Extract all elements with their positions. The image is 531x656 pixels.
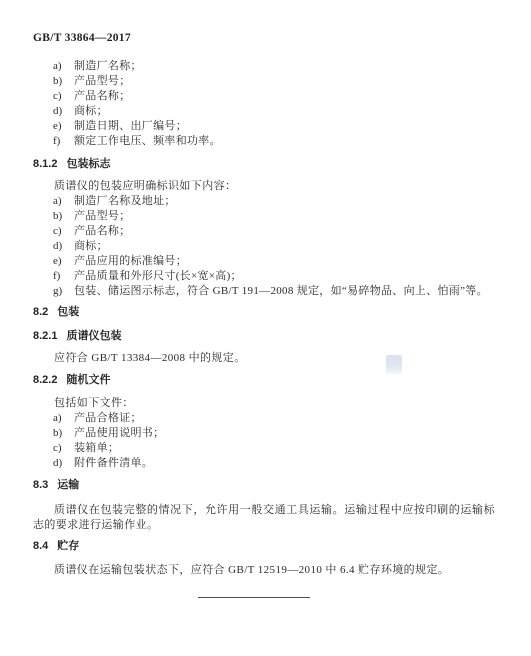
list-item: b) 产品型号； [33, 74, 495, 89]
list-item-text: 商标； [74, 104, 108, 119]
list-item: e) 制造日期、出厂编号； [33, 119, 495, 134]
watermark-blob [386, 355, 402, 374]
list-item-text: 产品质量和外形尺寸(长×宽×高)； [74, 269, 242, 284]
packaging-marking-list: a) 制造厂名称及地址； b) 产品型号； c) 产品名称； d) 商标； e)… [33, 194, 495, 299]
list-item: g) 包装、储运图示标志，符合 GB/T 191—2008 规定，如“易碎物品、… [33, 284, 495, 299]
document-page: GB/T 33864—2017 a) 制造厂名称； b) 产品型号； c) 产品… [0, 0, 531, 656]
list-item-letter: c) [53, 89, 74, 104]
list-item-text: 包装、储运图示标志，符合 GB/T 191—2008 规定，如“易碎物品、向上、… [74, 284, 488, 299]
list-item: e) 产品应用的标准编号； [33, 254, 495, 269]
section-number: 8.2.2 [33, 374, 57, 387]
list-item-letter: a) [53, 194, 74, 209]
document-end-rule [198, 597, 310, 598]
list-item-text: 产品合格证； [74, 411, 142, 426]
list-item: d) 商标； [33, 104, 495, 119]
standard-number-header: GB/T 33864—2017 [33, 32, 495, 45]
list-item-letter: d) [53, 239, 74, 254]
list-item-letter: f) [53, 134, 74, 149]
section-number: 8.2 [33, 306, 48, 319]
list-item-text: 产品应用的标准编号； [74, 254, 187, 269]
list-item-text: 产品型号； [74, 74, 131, 89]
section-title: 运输 [57, 479, 79, 492]
list-item-text: 制造厂名称； [74, 59, 142, 74]
list-item-text: 装箱单； [74, 441, 119, 456]
list-item: c) 产品名称； [33, 224, 495, 239]
list-item-letter: b) [53, 74, 74, 89]
list-item-letter: f) [53, 269, 74, 284]
list-item-text: 附件备件清单。 [74, 456, 153, 471]
list-item: a) 制造厂名称及地址； [33, 194, 495, 209]
list-item-text: 产品名称； [74, 89, 131, 104]
list-item-text: 额定工作电压、频率和功率。 [74, 134, 221, 149]
list-item-letter: d) [53, 456, 74, 471]
section-title: 包装标志 [66, 158, 110, 171]
list-item: a) 制造厂名称； [33, 59, 495, 74]
list-item: c) 产品名称； [33, 89, 495, 104]
section-title: 随机文件 [66, 374, 110, 387]
section-heading-8-2: 8.2 包装 [33, 306, 495, 319]
list-item-letter: c) [53, 441, 74, 456]
section-title: 贮存 [57, 540, 79, 553]
list-item: f) 产品质量和外形尺寸(长×宽×高)； [33, 269, 495, 284]
section-title: 质谱仪包装 [66, 330, 121, 343]
list-item: a) 产品合格证； [33, 411, 495, 426]
list-item-letter: c) [53, 224, 74, 239]
accompanying-documents-intro: 包括如下文件： [33, 396, 495, 411]
section-number: 8.3 [33, 479, 48, 492]
section-number: 8.1.2 [33, 158, 57, 171]
list-item-letter: b) [53, 209, 74, 224]
list-item-letter: a) [53, 59, 74, 74]
section-title: 包装 [57, 306, 79, 319]
list-item: b) 产品使用说明书； [33, 426, 495, 441]
list-item-letter: b) [53, 426, 74, 441]
list-item-text: 制造日期、出厂编号； [74, 119, 187, 134]
list-item: d) 商标； [33, 239, 495, 254]
section-number: 8.4 [33, 540, 48, 553]
list-item-text: 商标； [74, 239, 108, 254]
list-item-letter: e) [53, 254, 74, 269]
transport-requirement-text: 质谱仪在包装完整的情况下，允许用一般交通工具运输。运输过程中应按印刷的运输标志的… [33, 503, 495, 533]
list-item-letter: a) [53, 411, 74, 426]
list-item-letter: e) [53, 119, 74, 134]
list-item: f) 额定工作电压、频率和功率。 [33, 134, 495, 149]
list-item-letter: g) [53, 284, 74, 299]
list-item-text: 产品型号； [74, 209, 131, 224]
section-heading-8-3: 8.3 运输 [33, 479, 495, 492]
packaging-marking-intro: 质谱仪的包装应明确标识如下内容： [33, 179, 495, 194]
list-item-text: 产品名称； [74, 224, 131, 239]
accompanying-documents-list: a) 产品合格证； b) 产品使用说明书； c) 装箱单； d) 附件备件清单。 [33, 411, 495, 471]
list-item: b) 产品型号； [33, 209, 495, 224]
section-heading-8-4: 8.4 贮存 [33, 540, 495, 553]
section-heading-8-2-1: 8.2.1 质谱仪包装 [33, 330, 495, 343]
section-heading-8-2-2: 8.2.2 随机文件 [33, 374, 495, 387]
list-item-text: 产品使用说明书； [74, 426, 164, 441]
list-item-letter: d) [53, 104, 74, 119]
list-item: c) 装箱单； [33, 441, 495, 456]
list-item: d) 附件备件清单。 [33, 456, 495, 471]
section-heading-8-1-2: 8.1.2 包装标志 [33, 158, 495, 171]
section-number: 8.2.1 [33, 330, 57, 343]
packaging-requirement-text: 应符合 GB/T 13384—2008 中的规定。 [33, 351, 495, 366]
list-item-text: 制造厂名称及地址； [74, 194, 176, 209]
storage-requirement-text: 质谱仪在运输包装状态下，应符合 GB/T 12519—2010 中 6.4 贮存… [33, 563, 495, 578]
instrument-marking-list: a) 制造厂名称； b) 产品型号； c) 产品名称； d) 商标； e) 制造… [33, 59, 495, 149]
